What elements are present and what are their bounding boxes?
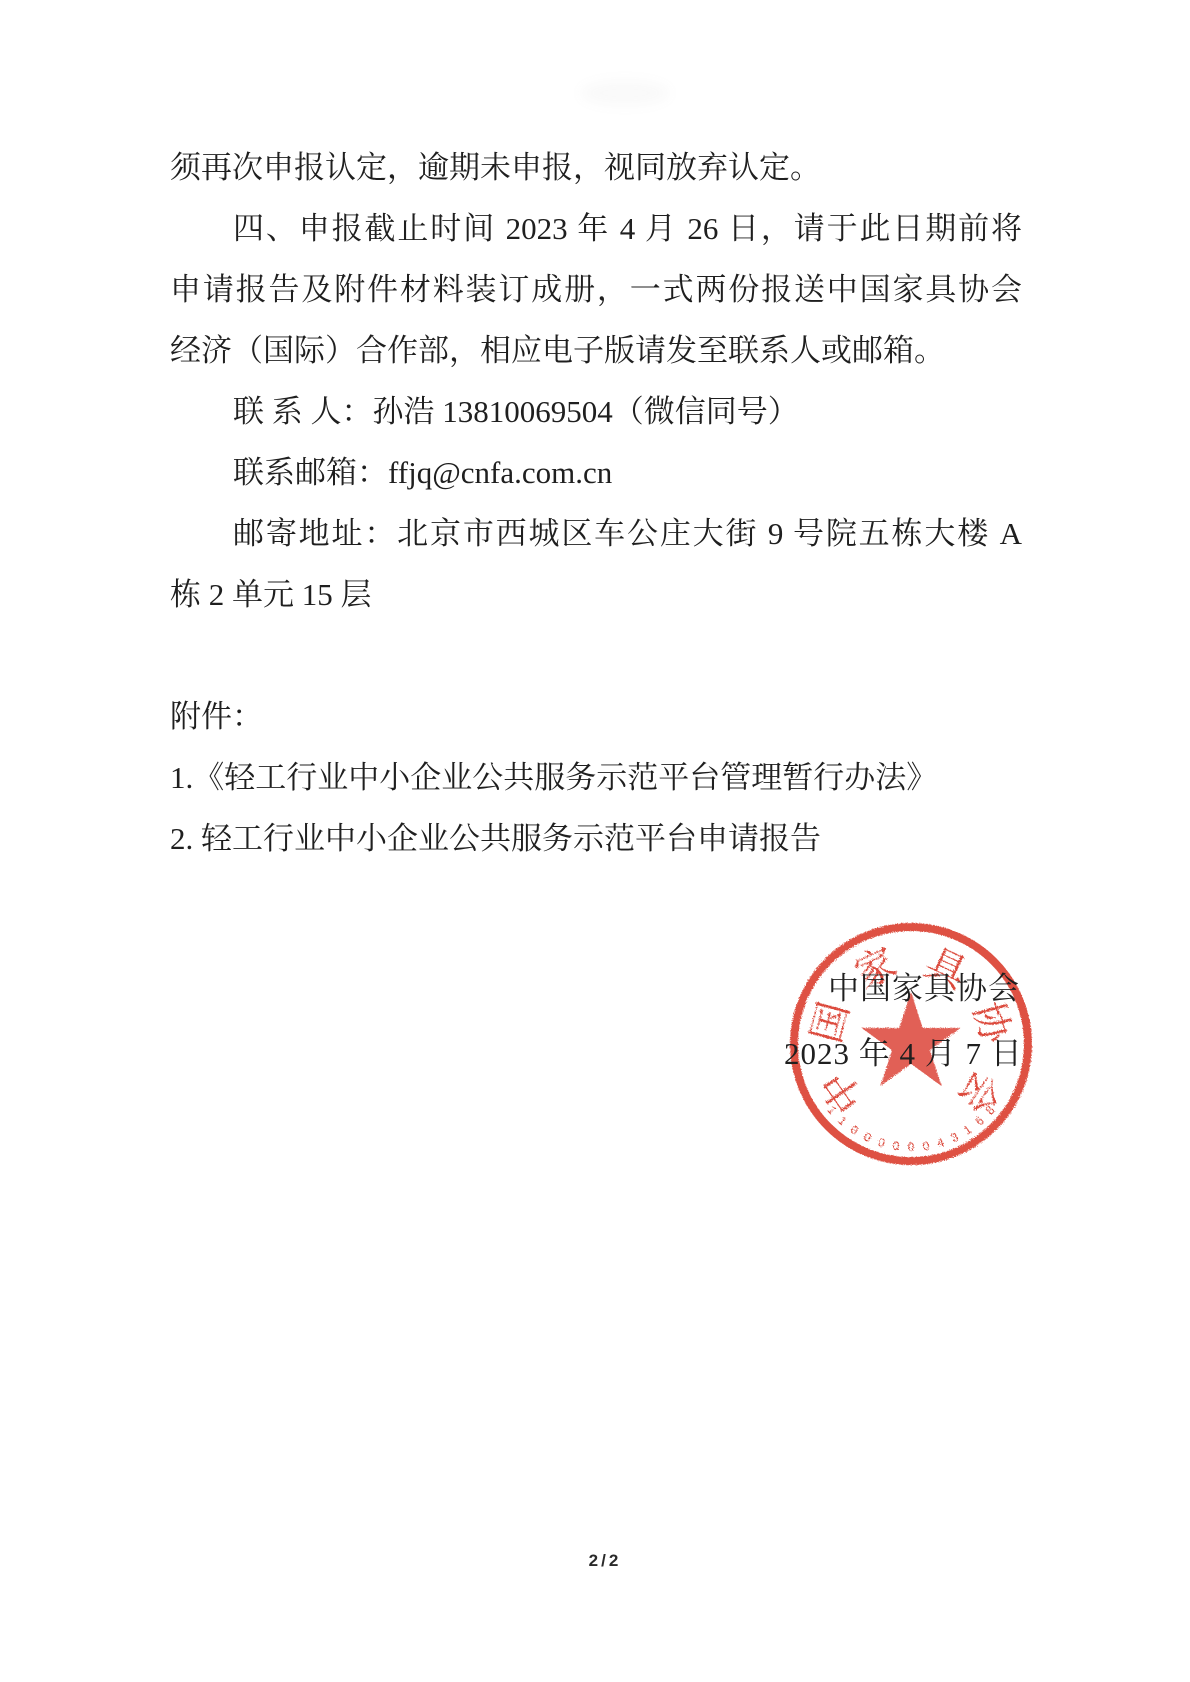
seal-serial-digit: 0 bbox=[861, 1130, 873, 1146]
text-line: 联 系 人：孙浩 13810069504（微信同号） bbox=[170, 381, 1022, 442]
text-line: 经济（国际）合作部，相应电子版请发至联系人或邮箱。 bbox=[170, 320, 1022, 381]
document-page: 须再次申报认定，逾期未申报，视同放弃认定。四、申报截止时间 2023 年 4 月… bbox=[0, 0, 1190, 1682]
text-line: 附件： bbox=[170, 686, 1022, 747]
page-number: 2/2 bbox=[565, 1551, 645, 1571]
text-line: 四、申报截止时间 2023 年 4 月 26 日，请于此日期前将 bbox=[170, 198, 1022, 259]
seal-serial-digit: 0 bbox=[908, 1140, 915, 1154]
seal-serial-digit: 0 bbox=[922, 1138, 931, 1153]
seal-serial-digit: 0 bbox=[876, 1135, 887, 1150]
text-line: 须再次申报认定，逾期未申报，视同放弃认定。 bbox=[170, 137, 1022, 198]
text-line: 1.《轻工行业中小企业公共服务示范平台管理暂行办法》 bbox=[170, 747, 1022, 808]
signature-org: 中国家具协会 bbox=[828, 963, 1020, 1008]
seal-serial-digit: 0 bbox=[848, 1122, 862, 1138]
document-body: 须再次申报认定，逾期未申报，视同放弃认定。四、申报截止时间 2023 年 4 月… bbox=[170, 137, 1022, 869]
seal-serial-digit: 1 bbox=[961, 1122, 975, 1138]
text-line: 栋 2 单元 15 层 bbox=[170, 564, 1022, 625]
text-line bbox=[170, 625, 1022, 686]
text-line: 申请报告及附件材料装订成册，一式两份报送中国家具协会 bbox=[170, 259, 1022, 320]
text-line: 2. 轻工行业中小企业公共服务示范平台申请报告 bbox=[170, 808, 1022, 869]
seal-serial-digit: 4 bbox=[935, 1135, 946, 1150]
text-line: 邮寄地址：北京市西城区车公庄大街 9 号院五栋大楼 A bbox=[170, 503, 1022, 564]
seal-serial-digit: 0 bbox=[892, 1139, 901, 1154]
signature-date: 2023 年 4 月 7 日 bbox=[784, 1028, 1023, 1073]
seal-serial-digit: 3 bbox=[949, 1129, 961, 1145]
scan-smudge bbox=[580, 80, 670, 106]
text-line: 联系邮箱：ffjq@cnfa.com.cn bbox=[170, 442, 1022, 503]
